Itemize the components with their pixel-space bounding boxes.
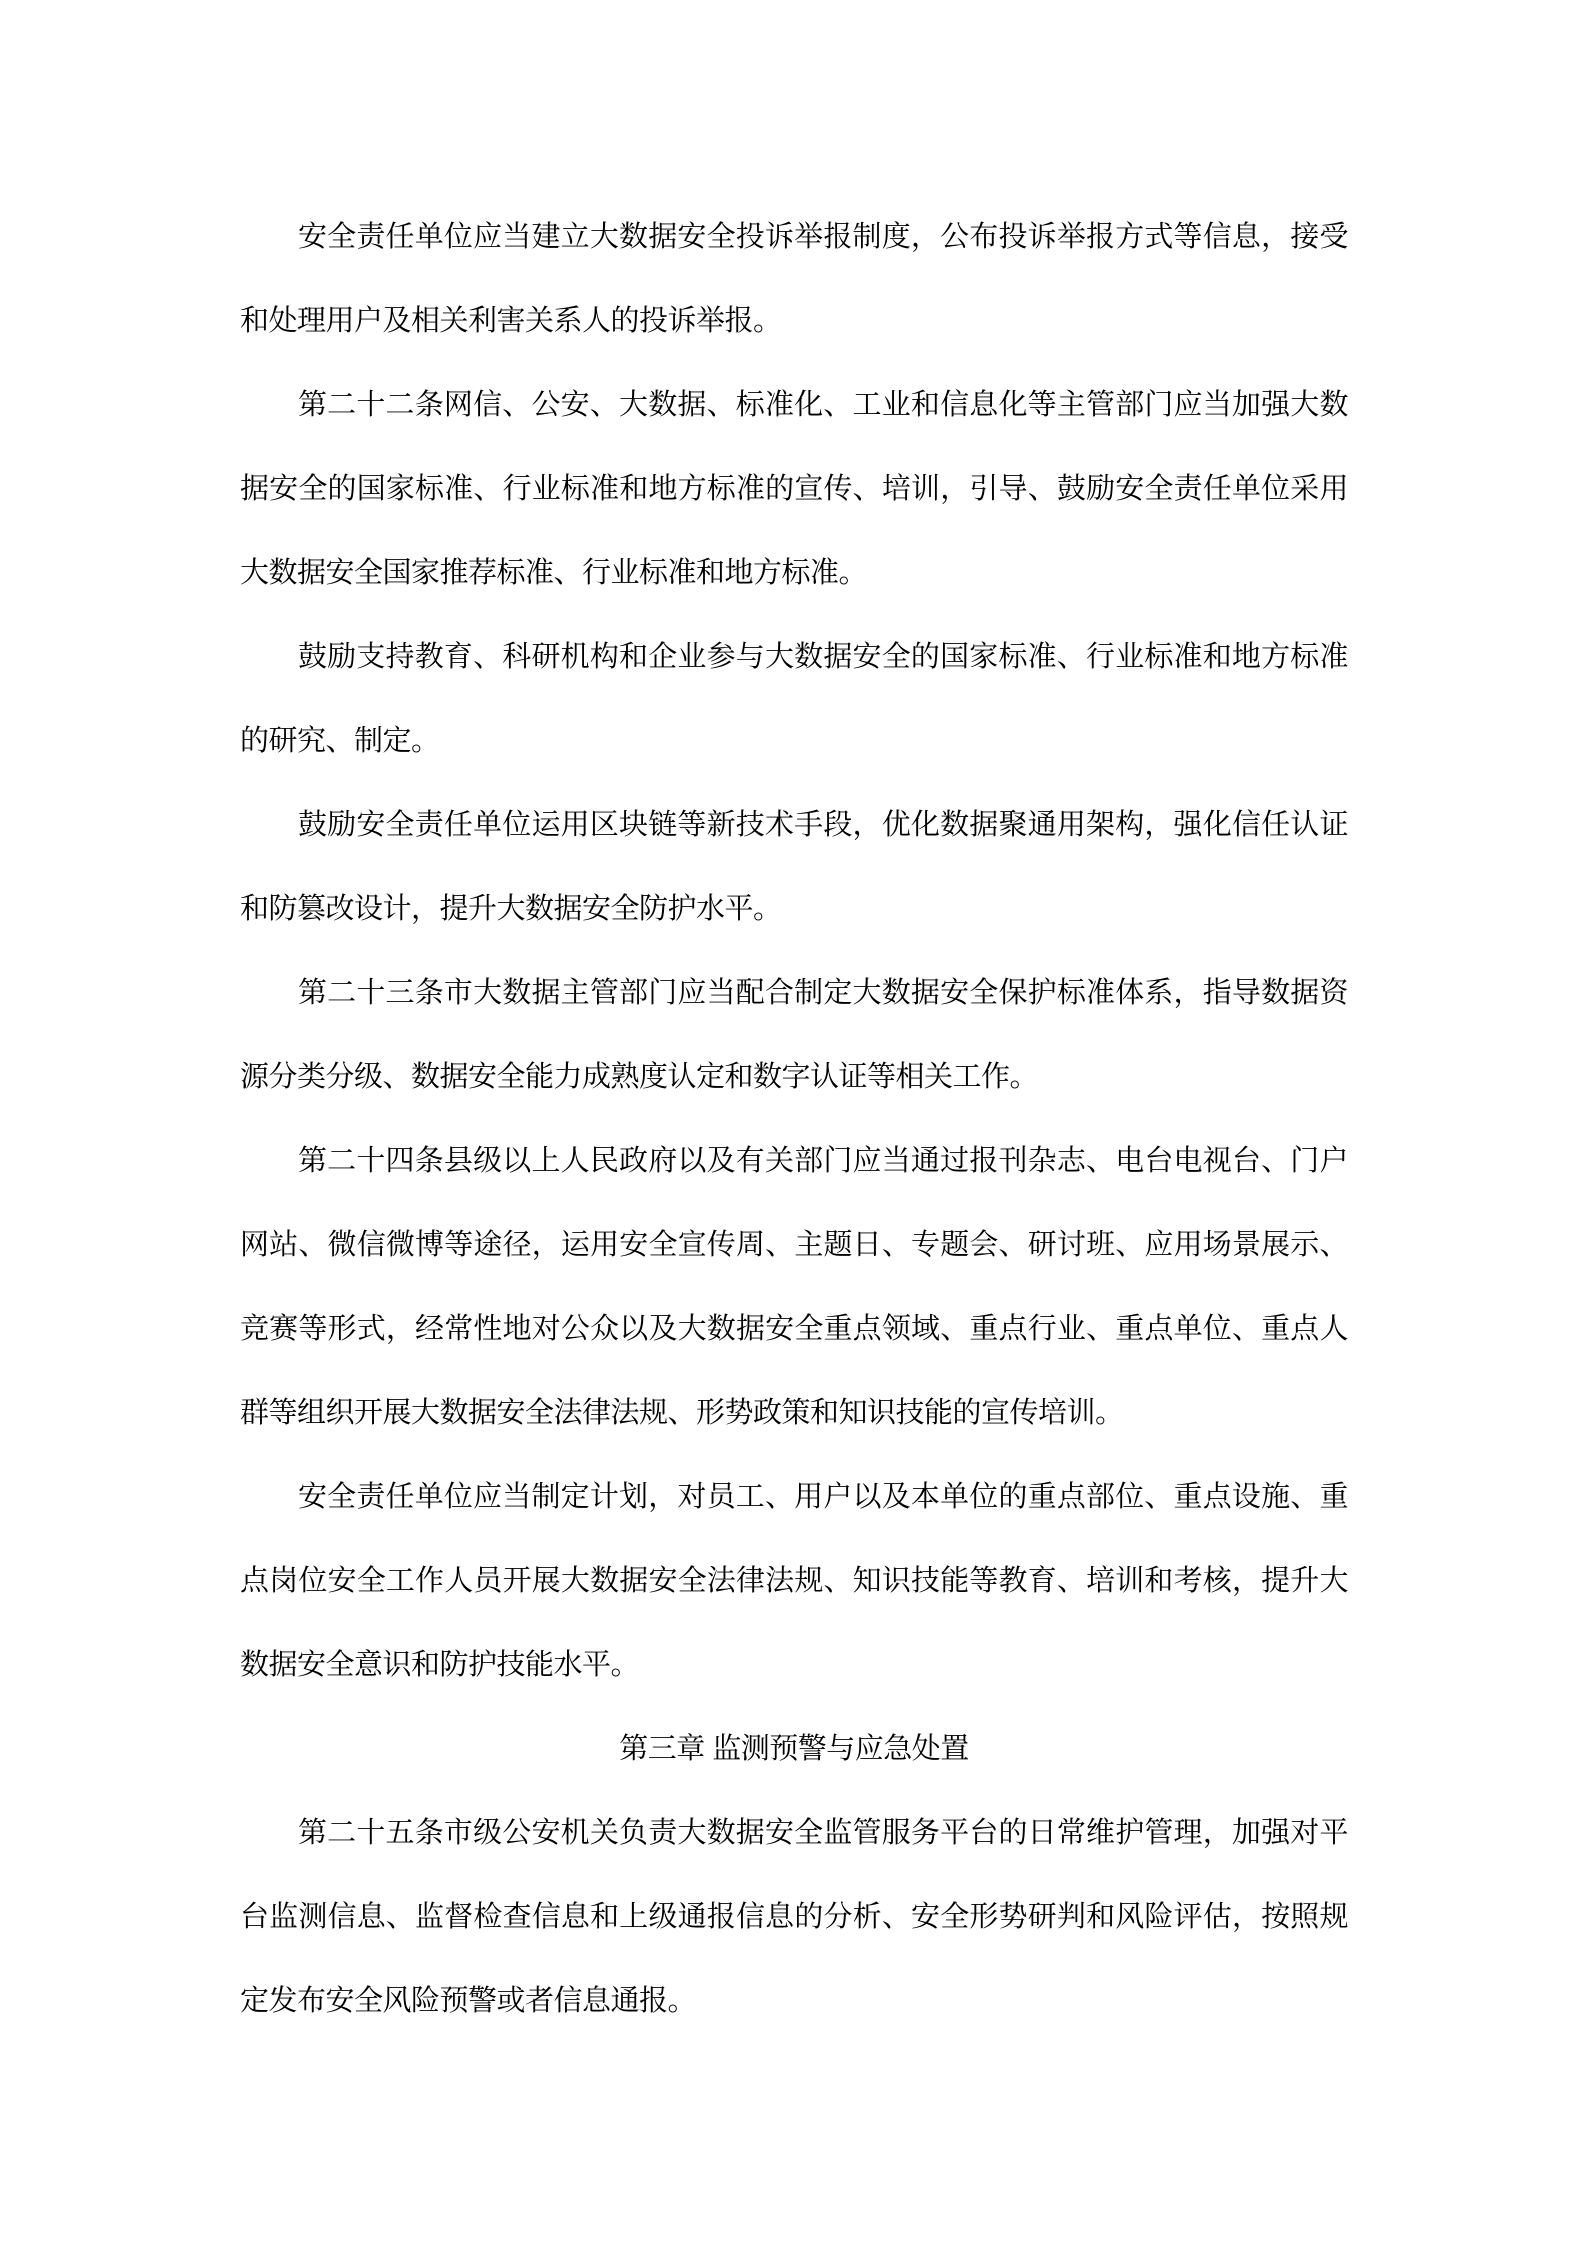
document-text-block: 安全责任单位应当建立大数据安全投诉举报制度，公布投诉举报方式等信息，接受和处理用… <box>240 195 1348 2043</box>
paragraph-article-22: 第二十二条网信、公安、大数据、标准化、工业和信息化等主管部门应当加强大数据安全的… <box>240 363 1348 615</box>
chapter-3-heading: 第三章 监测预警与应急处置 <box>240 1707 1348 1791</box>
paragraph-blockchain-tech: 鼓励安全责任单位运用区块链等新技术手段，优化数据聚通用架构，强化信任认证和防篡改… <box>240 783 1348 951</box>
paragraph-complaint-reporting: 安全责任单位应当建立大数据安全投诉举报制度，公布投诉举报方式等信息，接受和处理用… <box>240 195 1348 363</box>
paragraph-standards-research: 鼓励支持教育、科研机构和企业参与大数据安全的国家标准、行业标准和地方标准的研究、… <box>240 615 1348 783</box>
paragraph-article-24: 第二十四条县级以上人民政府以及有关部门应当通过报刊杂志、电台电视台、门户网站、微… <box>240 1119 1348 1455</box>
paragraph-training-plan: 安全责任单位应当制定计划，对员工、用户以及本单位的重点部位、重点设施、重点岗位安… <box>240 1455 1348 1707</box>
paragraph-article-25: 第二十五条市级公安机关负责大数据安全监管服务平台的日常维护管理，加强对平台监测信… <box>240 1791 1348 2043</box>
paragraph-article-23: 第二十三条市大数据主管部门应当配合制定大数据安全保护标准体系，指导数据资源分类分… <box>240 951 1348 1119</box>
document-page: 安全责任单位应当建立大数据安全投诉举报制度，公布投诉举报方式等信息，接受和处理用… <box>0 0 1586 2244</box>
